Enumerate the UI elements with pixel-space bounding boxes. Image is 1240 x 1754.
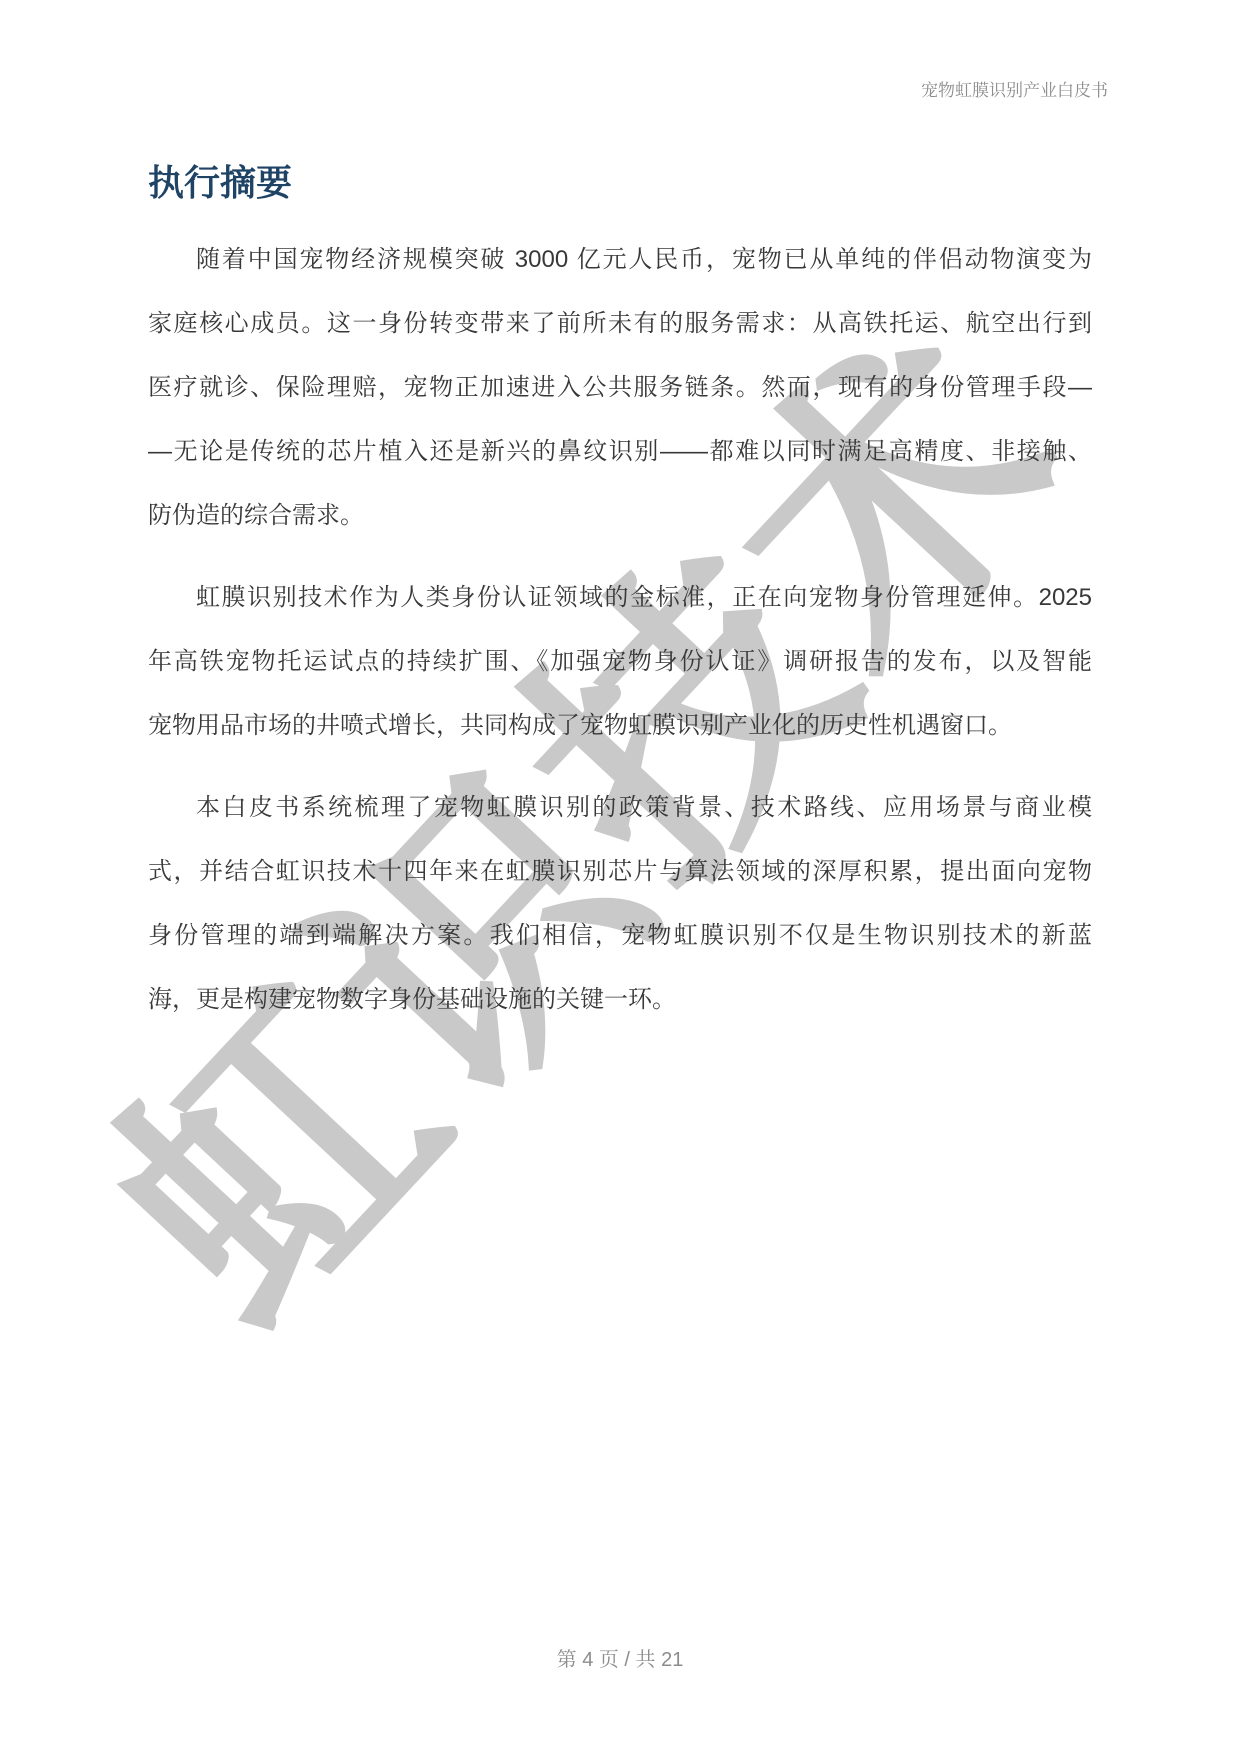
paragraph: 本白皮书系统梳理了宠物虹膜识别的政策背景、技术路线、应用场景与商业模式，并结合虹… — [148, 776, 1092, 1032]
text-line: 本白皮书系统梳理了宠物虹膜识别的政策背景、技术路线、应用场景与商业模 — [148, 776, 1092, 840]
text-line: 防伪造的综合需求。 — [148, 484, 1092, 548]
text-line: 式，并结合虹识技术十四年来在虹膜识别芯片与算法领域的深厚积累，提出面向宠物 — [148, 840, 1092, 904]
text-line: 海，更是构建宠物数字身份基础设施的关键一环。 — [148, 968, 1092, 1032]
text-line: —无论是传统的芯片植入还是新兴的鼻纹识别——都难以同时满足高精度、非接触、 — [148, 420, 1092, 484]
paragraph: 随着中国宠物经济规模突破 3000 亿元人民币，宠物已从单纯的伴侣动物演变为家庭… — [148, 228, 1092, 548]
text-line: 家庭核心成员。这一身份转变带来了前所未有的服务需求：从高铁托运、航空出行到 — [148, 292, 1092, 356]
summary-paragraphs: 随着中国宠物经济规模突破 3000 亿元人民币，宠物已从单纯的伴侣动物演变为家庭… — [148, 228, 1092, 1032]
text-line: 年高铁宠物托运试点的持续扩围、《加强宠物身份认证》调研报告的发布，以及智能 — [148, 630, 1092, 694]
page-footer: 第 4 页 / 共 21 — [0, 1643, 1240, 1672]
text-line: 虹膜识别技术作为人类身份认证领域的金标准，正在向宠物身份管理延伸。2025 — [148, 566, 1092, 630]
paragraph: 虹膜识别技术作为人类身份认证领域的金标准，正在向宠物身份管理延伸。2025年高铁… — [148, 566, 1092, 758]
page-content: 执行摘要 随着中国宠物经济规模突破 3000 亿元人民币，宠物已从单纯的伴侣动物… — [148, 160, 1092, 1050]
text-line: 宠物用品市场的井喷式增长，共同构成了宠物虹膜识别产业化的历史性机遇窗口。 — [148, 694, 1092, 758]
text-line: 医疗就诊、保险理赔，宠物正加速进入公共服务链条。然而，现有的身份管理手段— — [148, 356, 1092, 420]
text-line: 身份管理的端到端解决方案。我们相信，宠物虹膜识别不仅是生物识别技术的新蓝 — [148, 904, 1092, 968]
text-line: 随着中国宠物经济规模突破 3000 亿元人民币，宠物已从单纯的伴侣动物演变为 — [148, 228, 1092, 292]
page-number-label: 第 4 页 / 共 21 — [557, 1649, 684, 1671]
document-title: 宠物虹膜识别产业白皮书 — [921, 81, 1108, 100]
document-page: 虹识技术 宠物虹膜识别产业白皮书 执行摘要 随着中国宠物经济规模突破 3000 … — [0, 0, 1240, 1754]
page-header: 宠物虹膜识别产业白皮书 — [148, 76, 1108, 101]
section-title: 执行摘要 — [148, 160, 1092, 206]
